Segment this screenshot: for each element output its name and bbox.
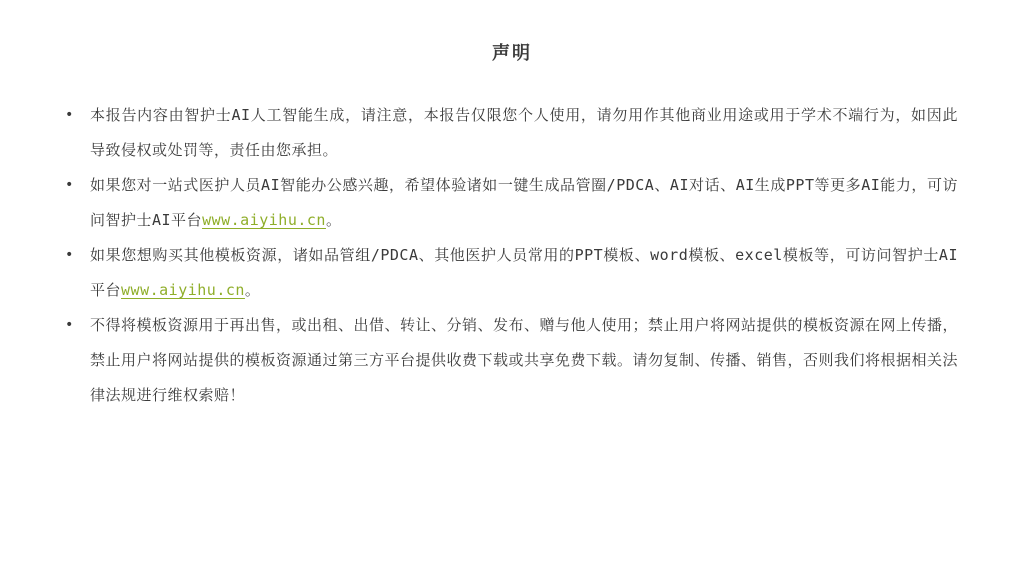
aiyihu-link[interactable]: www.aiyihu.cn	[202, 211, 326, 229]
page-title: 声明	[0, 0, 1024, 66]
aiyihu-link[interactable]: www.aiyihu.cn	[121, 281, 245, 299]
bullet-text: 。	[326, 211, 342, 229]
bullet-text: 。	[245, 281, 261, 299]
list-item: 本报告内容由智护士AI人工智能生成，请注意，本报告仅限您个人使用，请勿用作其他商…	[90, 98, 958, 168]
list-item: 如果您对一站式医护人员AI智能办公感兴趣，希望体验诸如一键生成品管圈/PDCA、…	[90, 168, 958, 238]
bullet-text: 本报告内容由智护士AI人工智能生成，请注意，本报告仅限您个人使用，请勿用作其他商…	[90, 106, 958, 159]
list-item: 如果您想购买其他模板资源，诸如品管组/PDCA、其他医护人员常用的PPT模板、w…	[90, 238, 958, 308]
disclaimer-list: 本报告内容由智护士AI人工智能生成，请注意，本报告仅限您个人使用，请勿用作其他商…	[0, 98, 1024, 413]
bullet-text: 不得将模板资源用于再出售，或出租、出借、转让、分销、发布、赠与他人使用；禁止用户…	[90, 316, 958, 404]
list-item: 不得将模板资源用于再出售，或出租、出借、转让、分销、发布、赠与他人使用；禁止用户…	[90, 308, 958, 413]
disclaimer-page: 声明 本报告内容由智护士AI人工智能生成，请注意，本报告仅限您个人使用，请勿用作…	[0, 0, 1024, 576]
